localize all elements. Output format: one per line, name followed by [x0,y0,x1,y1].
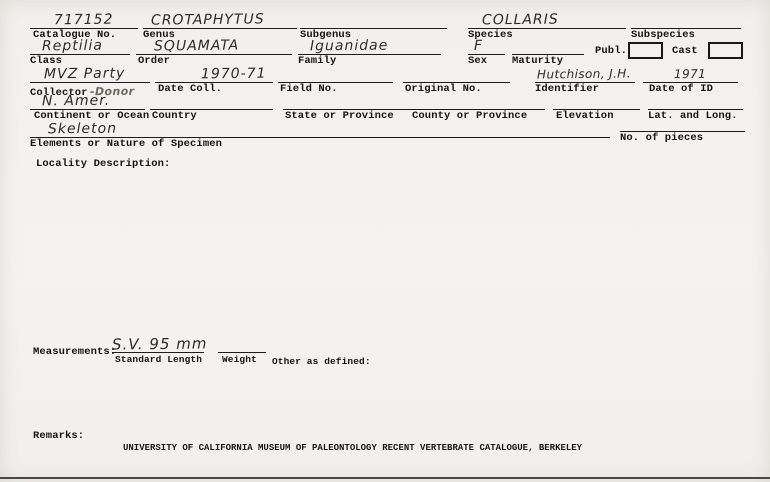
field-order: SQUAMATA Order [136,36,292,67]
field-subspecies: Subspecies [631,10,741,41]
sex-value: F [474,38,483,54]
family-value: Iguanidae [310,38,388,55]
field-state-or-province: State or Province [283,91,415,122]
elements-label: Elements or Nature of Specimen [30,139,610,150]
species-value: COLLARIS [482,12,559,29]
cast-checkbox [708,42,743,59]
other-as-defined-label: Other as defined: [272,356,371,367]
field-country: Country [150,91,273,122]
continent-or-ocean-value: N. Amer. [42,93,110,110]
card-footer-title: UNIVERSITY OF CALIFORNIA MUSEUM OF PALEO… [123,443,582,453]
catalog-card: 717152 Catalogue No. CROTAPHYTUS Genus S… [0,0,770,482]
field-county-or-province: County or Province [405,91,545,122]
field-class: Reptilia Class [30,36,130,67]
class-value: Reptilia [42,38,103,55]
subspecies-label: Subspecies [631,30,741,41]
order-value: SQUAMATA [154,38,239,55]
no-of-pieces-label: No. of pieces [620,133,745,144]
date-of-id-value: 1971 [674,66,706,82]
genus-value: CROTAPHYTUS [151,11,265,28]
catalogue-no-value: 717152 [54,12,114,29]
collector-value: MVZ Party [44,66,125,83]
publ-label: Publ. [595,46,627,57]
card-bottom-edge [0,477,770,479]
field-standard-length: S.V. 95 mm Standard Length [112,334,204,365]
field-family: Iguanidae Family [298,36,441,67]
date-coll-value: 1970-71 [201,66,267,83]
elements-value: Skeleton [48,121,117,138]
field-no-of-pieces: No. of pieces [620,113,745,144]
cast-label: Cast [672,46,698,57]
field-maturity: Maturity [512,36,584,67]
field-elements: Skeleton Elements or Nature of Specimen [30,119,610,150]
measurements-label: Measurements: [33,347,116,358]
identifier-value: Hutchison, J.H. [537,66,631,83]
weight-label: Weight [222,354,266,365]
field-weight: Weight [218,334,266,365]
standard-length-label: Standard Length [115,354,204,365]
standard-length-value: S.V. 95 mm [112,336,208,353]
publ-checkbox [628,42,663,59]
remarks-label: Remarks: [33,431,84,442]
locality-label: Locality Description: [36,159,170,170]
field-sex: F Sex [468,36,505,67]
field-continent-or-ocean: N. Amer. Continent or Ocean [30,91,145,122]
weight-line [218,352,266,353]
